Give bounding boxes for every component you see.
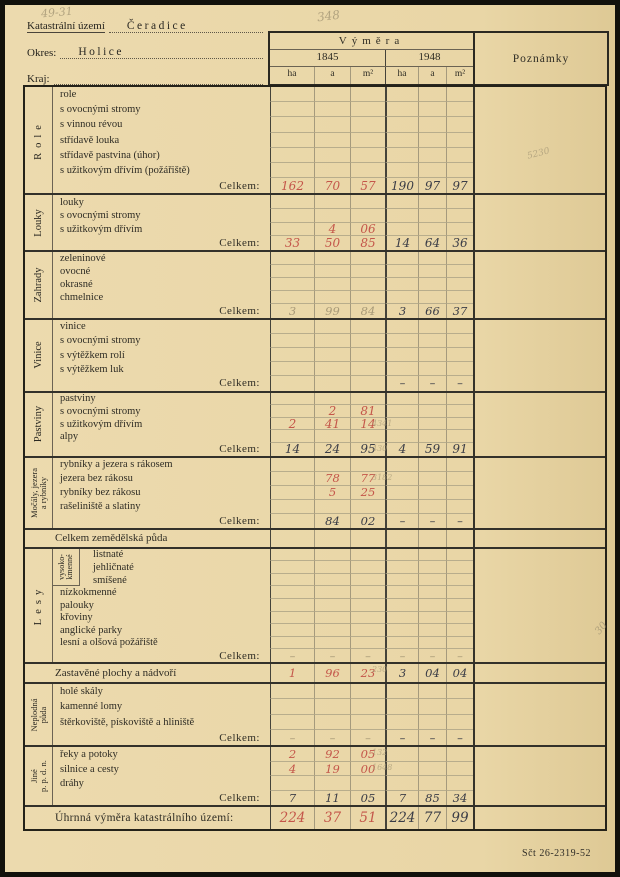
value-cell-1845-m2: – xyxy=(350,730,385,745)
value-cell-1948-a xyxy=(418,393,446,406)
value-cell-1948-a xyxy=(418,699,446,714)
row-label: jezera bez rákosu xyxy=(53,472,270,486)
value-cell-1845-ha xyxy=(270,252,314,265)
value-cell-1948-ha: 190 xyxy=(385,178,418,193)
handwritten-value: 06 xyxy=(360,222,375,236)
value-cell-1948-m2 xyxy=(446,776,473,790)
unit-row: ha a m² ha a m² xyxy=(270,67,473,84)
value-cell-1948-m2 xyxy=(446,148,473,163)
handwritten-value: 36 xyxy=(452,236,467,250)
handwritten-value: 59 xyxy=(425,442,440,456)
value-cell-1948-a xyxy=(418,348,446,362)
value-cell-1948-ha xyxy=(385,458,418,472)
section-pastviny: Pastvinypastvinys ovocnými stromy281s už… xyxy=(25,391,605,456)
value-cell-1948-m2 xyxy=(446,278,473,291)
section-uhrnna: Úhrnná výměra katastrálního území:224375… xyxy=(25,805,605,829)
value-cell-1948-m2 xyxy=(446,163,473,178)
poznamky-cell xyxy=(473,664,605,682)
value-cell-1948-ha xyxy=(385,684,418,699)
value-cell-1845-ha: – xyxy=(270,649,314,662)
value-cell-1845-ha xyxy=(270,776,314,790)
value-cell-1948-a xyxy=(418,418,446,431)
value-cell-1845-a xyxy=(314,278,350,291)
row-label: s ovocnými stromy xyxy=(53,405,270,418)
value-cell-1948-m2: – xyxy=(446,649,473,662)
value-cell-1845-a xyxy=(314,715,350,730)
year-1948: 1948 xyxy=(385,50,473,66)
value-cell-1948-ha xyxy=(385,599,418,612)
value-cell-1845-m2 xyxy=(350,195,385,209)
value-cell-1948-ha xyxy=(385,348,418,362)
row-label: chmelnice xyxy=(53,291,270,304)
handwritten-value: – xyxy=(430,731,436,745)
value-cell-1948-m2 xyxy=(446,223,473,237)
section-side-label-text: Pastviny xyxy=(34,406,44,442)
section-side-label: Lesy xyxy=(25,549,53,662)
value-cell-1845-a xyxy=(314,586,350,599)
value-cell-1845-ha: 2 xyxy=(270,418,314,431)
value-cell-1948-a xyxy=(418,133,446,148)
field-value: Čeradice xyxy=(127,20,188,32)
section-side-label-text: Louky xyxy=(34,209,44,236)
handwritten-value: 190 xyxy=(391,179,414,193)
section-zastavene: Zastavěné plochy a nádvoří1962323030404 xyxy=(25,662,605,682)
value-cell-1845-ha xyxy=(270,163,314,178)
section-side-label: Role xyxy=(25,87,53,193)
value-cell-1948-ha xyxy=(385,362,418,376)
value-cell-1845-ha xyxy=(270,133,314,148)
row-label: s ovocnými stromy xyxy=(53,102,270,117)
value-cell-1948-m2 xyxy=(446,472,473,486)
value-cell-1948-m2 xyxy=(446,87,473,102)
handwritten-value: – xyxy=(400,514,406,528)
value-cell-1948-m2 xyxy=(446,334,473,348)
value-cell-1845-ha xyxy=(270,348,314,362)
poznamky-cell xyxy=(473,393,605,456)
handwritten-value: 37 xyxy=(453,304,468,318)
handwritten-value: 04 xyxy=(425,666,440,680)
value-cell-1845-m2 xyxy=(350,362,385,376)
value-cell-1948-a xyxy=(418,599,446,612)
row-label: lesní a olšová požářiště xyxy=(53,637,270,650)
value-cell-1948-m2: 04 xyxy=(446,664,473,682)
handwritten-value: 3 xyxy=(399,304,406,318)
value-cell-1948-m2: 97 xyxy=(446,178,473,193)
value-cell-1948-a xyxy=(418,252,446,265)
value-cell-1948-ha: – xyxy=(385,649,418,662)
value-cell-1845-a xyxy=(314,195,350,209)
pencil-annotation: 132 xyxy=(372,748,387,757)
value-cell-1948-m2 xyxy=(446,624,473,637)
value-cell-1845-ha xyxy=(270,472,314,486)
value-cell-1948-a xyxy=(418,102,446,117)
value-cell-1845-a xyxy=(314,699,350,714)
handwritten-value: – xyxy=(400,731,406,745)
value-cell-1845-ha xyxy=(270,549,314,562)
handwritten-value: 99 xyxy=(451,810,468,826)
handwritten-value: 51 xyxy=(359,810,376,826)
value-cell-1948-a xyxy=(418,278,446,291)
value-cell-1948-ha xyxy=(385,637,418,650)
value-cell-1845-ha xyxy=(270,195,314,209)
field-line: Čeradice xyxy=(109,12,263,33)
value-cell-1845-ha xyxy=(270,148,314,163)
handwritten-value: – xyxy=(457,376,463,390)
value-cell-1948-ha: 3182 xyxy=(385,472,418,486)
row-label: rašeliniště a slatiny xyxy=(53,500,270,514)
value-cell-1948-ha xyxy=(385,561,418,574)
value-cell-1845-m2 xyxy=(350,684,385,699)
value-cell-1948-a xyxy=(418,430,446,443)
row-label: vinice xyxy=(53,320,270,334)
celkem-label: Celkem: xyxy=(53,178,270,193)
value-cell-1948-a xyxy=(418,195,446,209)
value-cell-1845-ha xyxy=(270,117,314,132)
row-label: s ovocnými stromy xyxy=(53,209,270,223)
value-cell-1948-a xyxy=(418,549,446,562)
value-cell-1845-ha: 33 xyxy=(270,236,314,250)
value-cell-1845-a: 5 xyxy=(314,486,350,500)
celkem-label: Celkem: xyxy=(53,443,270,456)
poznamky-cell: 5230 xyxy=(473,87,605,193)
handwritten-value: – xyxy=(400,376,406,390)
value-cell-1845-ha xyxy=(270,514,314,528)
value-cell-1948-m2 xyxy=(446,195,473,209)
value-cell-1948-ha xyxy=(385,393,418,406)
field-label: Okres: xyxy=(27,47,56,59)
value-cell-1948-m2 xyxy=(446,362,473,376)
handwritten-value: 96 xyxy=(325,666,340,680)
value-cell-1845-m2 xyxy=(350,599,385,612)
handwritten-value: – xyxy=(330,649,336,663)
value-cell-1948-a xyxy=(418,320,446,334)
row-label: holé skály xyxy=(53,684,270,699)
value-cell-1948-ha: 132 xyxy=(385,747,418,761)
handwritten-value: 33 xyxy=(285,236,300,250)
handwritten-value: – xyxy=(365,649,371,663)
value-cell-1948-a: 64 xyxy=(418,236,446,250)
handwritten-value: 84 xyxy=(361,304,376,318)
value-cell-1948-a: – xyxy=(418,514,446,528)
value-cell-1948-ha xyxy=(385,291,418,304)
value-cell-1948-ha xyxy=(385,195,418,209)
value-cell-1845-a xyxy=(314,117,350,132)
value-cell-1948-a xyxy=(418,612,446,625)
value-cell-1948-a xyxy=(418,265,446,278)
value-cell-1948-ha xyxy=(385,776,418,790)
value-cell-1845-a: 37 xyxy=(314,807,350,829)
value-cell-1948-a xyxy=(418,223,446,237)
value-cell-1948-ha xyxy=(385,87,418,102)
value-cell-1948-ha xyxy=(385,133,418,148)
row-label: Úhrnná výměra katastrálního území: xyxy=(25,807,270,829)
row-label: rybníky bez rákosu xyxy=(53,486,270,500)
handwritten-value: 224 xyxy=(280,810,306,826)
value-cell-1948-m2 xyxy=(446,500,473,514)
value-cell-1845-a xyxy=(314,348,350,362)
value-cell-1845-m2 xyxy=(350,102,385,117)
value-cell-1948-m2 xyxy=(446,486,473,500)
area-table-header: Výměra 1845 1948 ha a m² ha a m² Poznámk… xyxy=(268,31,609,86)
value-cell-1948-m2 xyxy=(446,117,473,132)
value-cell-1948-ha xyxy=(385,586,418,599)
value-cell-1845-ha xyxy=(270,393,314,406)
handwritten-value: 4 xyxy=(289,762,296,776)
value-cell-1845-m2 xyxy=(350,163,385,178)
value-cell-1948-a xyxy=(418,747,446,761)
value-cell-1948-ha xyxy=(385,334,418,348)
value-cell-1948-a xyxy=(418,762,446,776)
value-cell-1948-a xyxy=(418,472,446,486)
value-cell-1948-ha xyxy=(385,209,418,223)
value-cell-1845-a xyxy=(314,209,350,223)
value-cell-1948-ha xyxy=(385,500,418,514)
section-side-label: Vinice xyxy=(25,320,53,391)
value-cell-1948-a xyxy=(418,362,446,376)
value-cell-1845-m2: 57 xyxy=(350,178,385,193)
value-cell-1845-a xyxy=(314,163,350,178)
value-cell-1845-a xyxy=(314,561,350,574)
section-side-label: Pastviny xyxy=(25,393,53,456)
value-cell-1948-m2 xyxy=(446,747,473,761)
unit-m2: m² xyxy=(446,67,473,84)
value-cell-1948-m2 xyxy=(446,252,473,265)
value-cell-1948-m2 xyxy=(446,599,473,612)
handwritten-value: 7 xyxy=(399,791,406,805)
value-cell-1948-ha xyxy=(385,530,418,547)
handwritten-value: 05 xyxy=(361,791,376,805)
value-cell-1845-ha xyxy=(270,586,314,599)
field-kraj: Kraj: xyxy=(27,65,263,85)
value-cell-1948-a xyxy=(418,715,446,730)
row-label: smíšené xyxy=(53,574,270,587)
value-cell-1845-a: 11 xyxy=(314,791,350,805)
value-cell-1948-a xyxy=(418,776,446,790)
value-cell-1948-ha xyxy=(385,549,418,562)
value-cell-1845-a xyxy=(314,87,350,102)
value-cell-1845-a: 92 xyxy=(314,747,350,761)
unit-m2: m² xyxy=(350,67,385,84)
value-cell-1948-a xyxy=(418,530,446,547)
value-cell-1948-a: 59 xyxy=(418,443,446,456)
value-cell-1948-m2: 34 xyxy=(446,791,473,805)
row-label: louky xyxy=(53,195,270,209)
value-cell-1845-a xyxy=(314,624,350,637)
value-cell-1948-m2 xyxy=(446,574,473,587)
value-cell-1845-m2 xyxy=(350,265,385,278)
section-side-label-text: Močály, jezera a rybníky xyxy=(30,468,48,518)
value-cell-1845-m2: – xyxy=(350,649,385,662)
pencil-annotation-top-center: 348 xyxy=(316,8,340,25)
field-line xyxy=(54,64,263,85)
handwritten-value: 5 xyxy=(329,485,336,499)
value-cell-1948-ha: 224 xyxy=(385,807,418,829)
year-row: 1845 1948 xyxy=(270,50,473,67)
value-cell-1948-a xyxy=(418,163,446,178)
value-cell-1948-a: 66 xyxy=(418,304,446,317)
land-category-table: Rolerole5230s ovocnými stromys vinnou ré… xyxy=(23,85,607,831)
value-cell-1948-m2 xyxy=(446,348,473,362)
value-cell-1845-a: 4 xyxy=(314,223,350,237)
row-label: střídavě pastvina (úhor) xyxy=(53,148,270,163)
unit-ha: ha xyxy=(385,67,418,84)
value-cell-1845-m2 xyxy=(350,776,385,790)
value-cell-1845-a: 41 xyxy=(314,418,350,431)
value-cell-1845-a xyxy=(314,430,350,443)
handwritten-value: 14 xyxy=(285,442,300,456)
handwritten-value: 85 xyxy=(360,236,375,250)
value-cell-1948-a: – xyxy=(418,649,446,662)
section-side-label: Močály, jezera a rybníky xyxy=(25,458,53,528)
value-cell-1845-m2: 84 xyxy=(350,304,385,317)
value-cell-1845-ha xyxy=(270,362,314,376)
value-cell-1948-ha xyxy=(385,117,418,132)
handwritten-value: 99 xyxy=(325,304,340,318)
section-louky: Loukyloukys ovocnými stromys užitkovým d… xyxy=(25,193,605,249)
value-cell-1948-m2 xyxy=(446,133,473,148)
value-cell-1845-a xyxy=(314,362,350,376)
field-label: Kraj: xyxy=(27,73,50,85)
section-jine: Jiné p. p. d. n.řeky a potoky29205132sil… xyxy=(25,745,605,805)
value-cell-1948-a xyxy=(418,458,446,472)
value-cell-1845-ha: 224 xyxy=(270,807,314,829)
value-cell-1948-m2: 36 xyxy=(446,236,473,250)
value-cell-1845-a: 99 xyxy=(314,304,350,317)
value-cell-1845-m2 xyxy=(350,699,385,714)
value-cell-1845-m2: 05 xyxy=(350,791,385,805)
value-cell-1948-m2 xyxy=(446,291,473,304)
value-cell-1845-a xyxy=(314,252,350,265)
value-cell-1948-m2 xyxy=(446,458,473,472)
value-cell-1948-m2 xyxy=(446,393,473,406)
value-cell-1845-ha xyxy=(270,102,314,117)
row-label: alpy xyxy=(53,430,270,443)
value-cell-1845-ha: – xyxy=(270,730,314,745)
value-cell-1948-m2: – xyxy=(446,730,473,745)
handwritten-value: 04 xyxy=(453,666,468,680)
value-cell-1948-ha xyxy=(385,148,418,163)
row-label: dráhy xyxy=(53,776,270,790)
field-value: Holice xyxy=(78,46,124,58)
value-cell-1948-ha xyxy=(385,699,418,714)
year-1845: 1845 xyxy=(270,50,385,66)
value-cell-1845-m2 xyxy=(350,458,385,472)
value-cell-1948-ha: – xyxy=(385,514,418,528)
handwritten-value: – xyxy=(400,649,406,663)
row-label: Celkem zemědělská půda xyxy=(25,530,270,547)
value-cell-1845-ha xyxy=(270,561,314,574)
row-label: okrasné xyxy=(53,278,270,291)
value-cell-1845-ha: 14 xyxy=(270,443,314,456)
value-cell-1845-a xyxy=(314,776,350,790)
value-cell-1948-a: 97 xyxy=(418,178,446,193)
value-cell-1948-a: – xyxy=(418,730,446,745)
value-cell-1845-ha xyxy=(270,291,314,304)
value-cell-1948-a xyxy=(418,209,446,223)
section-side-label: Louky xyxy=(25,195,53,249)
value-cell-1845-m2 xyxy=(350,348,385,362)
value-cell-1948-a xyxy=(418,87,446,102)
value-cell-1948-ha: 7 xyxy=(385,791,418,805)
handwritten-value: 97 xyxy=(425,179,440,193)
value-cell-1845-a xyxy=(314,637,350,650)
value-cell-1845-ha: 3 xyxy=(270,304,314,317)
value-cell-1948-m2 xyxy=(446,637,473,650)
value-cell-1948-ha xyxy=(385,612,418,625)
row-label: silnice a cesty xyxy=(53,762,270,776)
value-cell-1845-ha xyxy=(270,334,314,348)
section-lesy: Lesylistnatéjehličnatésmíšenénízkokmenné… xyxy=(25,547,605,662)
value-cell-1948-ha xyxy=(385,265,418,278)
value-cell-1845-ha xyxy=(270,278,314,291)
row-label: s výtěžkem rolí xyxy=(53,348,270,362)
value-cell-1845-m2 xyxy=(350,586,385,599)
section-side-label: Zahrady xyxy=(25,252,53,318)
value-cell-1845-ha xyxy=(270,265,314,278)
handwritten-value: – xyxy=(290,649,296,663)
value-cell-1845-ha: 2 xyxy=(270,747,314,761)
unit-ha: ha xyxy=(270,67,314,84)
value-cell-1845-m2: 02 xyxy=(350,514,385,528)
handwritten-value: 14 xyxy=(395,236,410,250)
value-cell-1845-m2 xyxy=(350,291,385,304)
handwritten-value: 77 xyxy=(424,810,441,826)
pencil-annotation: 230 xyxy=(372,665,387,674)
subgroup-label: vysoko- kmenné xyxy=(58,554,74,580)
section-celkem_zem: Celkem zemědělská půda xyxy=(25,528,605,547)
handwritten-value: – xyxy=(430,376,436,390)
section-side-label-text: Jiné p. p. d. n. xyxy=(30,760,48,792)
pencil-annotation: 5230 xyxy=(526,146,551,161)
handwritten-value: 92 xyxy=(325,747,340,761)
handwritten-value: – xyxy=(457,731,463,745)
handwritten-value: 84 xyxy=(325,514,340,528)
value-cell-1845-ha xyxy=(270,599,314,612)
value-cell-1845-ha xyxy=(270,458,314,472)
row-label: s ovocnými stromy xyxy=(53,334,270,348)
value-cell-1845-ha xyxy=(270,684,314,699)
poznamky-cell xyxy=(473,747,605,805)
handwritten-value: 2 xyxy=(289,417,297,431)
value-cell-1845-ha xyxy=(270,574,314,587)
row-label: anglické parky xyxy=(53,624,270,637)
row-label: jehličnaté xyxy=(53,561,270,574)
row-label: křoviny xyxy=(53,612,270,625)
print-code: Sčt 26-2319-52 xyxy=(522,848,591,859)
value-cell-1845-a xyxy=(314,599,350,612)
handwritten-value: 66 xyxy=(425,304,440,318)
vymera-title: Výměra xyxy=(270,33,473,50)
value-cell-1948-a xyxy=(418,574,446,587)
celkem-label: Celkem: xyxy=(53,514,270,528)
celkem-label: Celkem: xyxy=(53,730,270,745)
value-cell-1845-ha xyxy=(270,376,314,390)
value-cell-1845-a xyxy=(314,376,350,390)
handwritten-value: 4 xyxy=(329,222,337,236)
value-cell-1845-a: 50 xyxy=(314,236,350,250)
handwritten-value: 41 xyxy=(325,417,340,431)
field-label: Katastrální území xyxy=(27,20,105,33)
value-cell-1948-m2 xyxy=(446,684,473,699)
handwritten-value: 37 xyxy=(324,810,341,826)
row-label: s užitkovým dřívím xyxy=(53,418,270,431)
row-label: s užitkovým dřívím xyxy=(53,223,270,237)
section-zahrady: ZahradyzeleninovéovocnéokrasnéchmelniceC… xyxy=(25,250,605,318)
value-cell-1845-m2 xyxy=(350,209,385,223)
value-cell-1845-m2 xyxy=(350,334,385,348)
value-cell-1948-ha: – xyxy=(385,376,418,390)
row-label: řeky a potoky xyxy=(53,747,270,761)
